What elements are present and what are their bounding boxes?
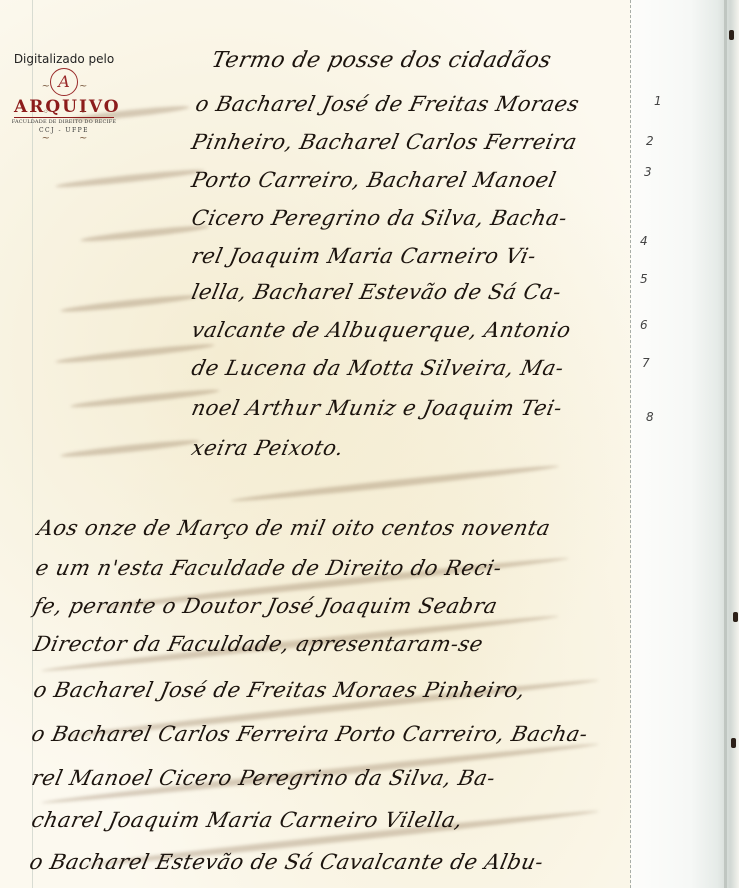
header-line: Pinheiro, Bacharel Carlos Ferreira [189, 130, 579, 154]
watermark-subtitle: FACULDADE DE DIREITO DO RECIFE [8, 119, 120, 125]
margin-number: 4 [640, 234, 648, 248]
header-line: Termo de posse dos cidadãos [209, 48, 553, 73]
watermark-top-text: Digitalizado pelo [8, 52, 120, 66]
body-line: fe, perante o Doutor José Joaquim Seabra [31, 594, 499, 618]
ink-bleed-through [60, 438, 200, 460]
margin-number: 8 [646, 410, 654, 424]
margin-number: 3 [644, 165, 652, 179]
body-line: o Bacharel José de Freitas Moraes Pinhei… [31, 678, 527, 702]
body-line: charel Joaquim Maria Carneiro Vilella, [29, 808, 465, 832]
body-line: o Bacharel Carlos Ferreira Porto Carreir… [29, 722, 590, 746]
header-line: Cicero Peregrino da Silva, Bacha- [189, 206, 569, 230]
header-line: noel Arthur Muniz e Joaquim Tei- [189, 396, 564, 420]
body-line: Director da Faculdade, apresentaram-se [31, 632, 485, 656]
binding-hole [733, 612, 738, 622]
ink-bleed-through [231, 463, 560, 504]
header-line: valcante de Albuquerque, Antonio [189, 318, 573, 342]
body-line: rel Manoel Cicero Peregrino da Silva, Ba… [29, 766, 497, 790]
margin-number: 7 [642, 356, 650, 370]
margin-number: 2 [646, 134, 654, 148]
margin-number: 1 [654, 94, 662, 108]
header-line: rel Joaquim Maria Carneiro Vi- [189, 244, 538, 268]
margin-number: 5 [640, 272, 648, 286]
watermark-institution: CCJ - UFPE [8, 127, 120, 134]
margin-number: 6 [640, 318, 648, 332]
header-line: de Lucena da Motta Silveira, Ma- [189, 356, 566, 380]
ink-bleed-through [60, 293, 200, 315]
watermark-title: ARQUIVO [14, 97, 114, 118]
document-page: Digitalizado pelo A ARQUIVO FACULDADE DE… [0, 0, 739, 888]
binding-hole [729, 30, 734, 40]
ink-bleed-through [55, 342, 215, 366]
right-margin-rule [630, 0, 631, 888]
digitization-watermark: Digitalizado pelo A ARQUIVO FACULDADE DE… [8, 52, 120, 134]
header-line: lella, Bacharel Estevão de Sá Ca- [189, 280, 563, 304]
ink-bleed-through [55, 167, 205, 190]
archive-emblem-icon: A [50, 68, 78, 96]
header-line: o Bacharel José de Freitas Moraes [193, 92, 581, 116]
header-line: Porto Carreiro, Bacharel Manoel [189, 168, 558, 192]
body-line: e um n'esta Faculdade de Direito do Reci… [33, 556, 504, 580]
body-line: Aos onze de Março de mil oito centos nov… [35, 516, 552, 540]
binding-hole [731, 738, 736, 748]
page-binding-edge [724, 0, 727, 888]
header-line: xeira Peixoto. [189, 436, 346, 460]
body-line: o Bacharel Estevão de Sá Cavalcante de A… [27, 850, 545, 874]
